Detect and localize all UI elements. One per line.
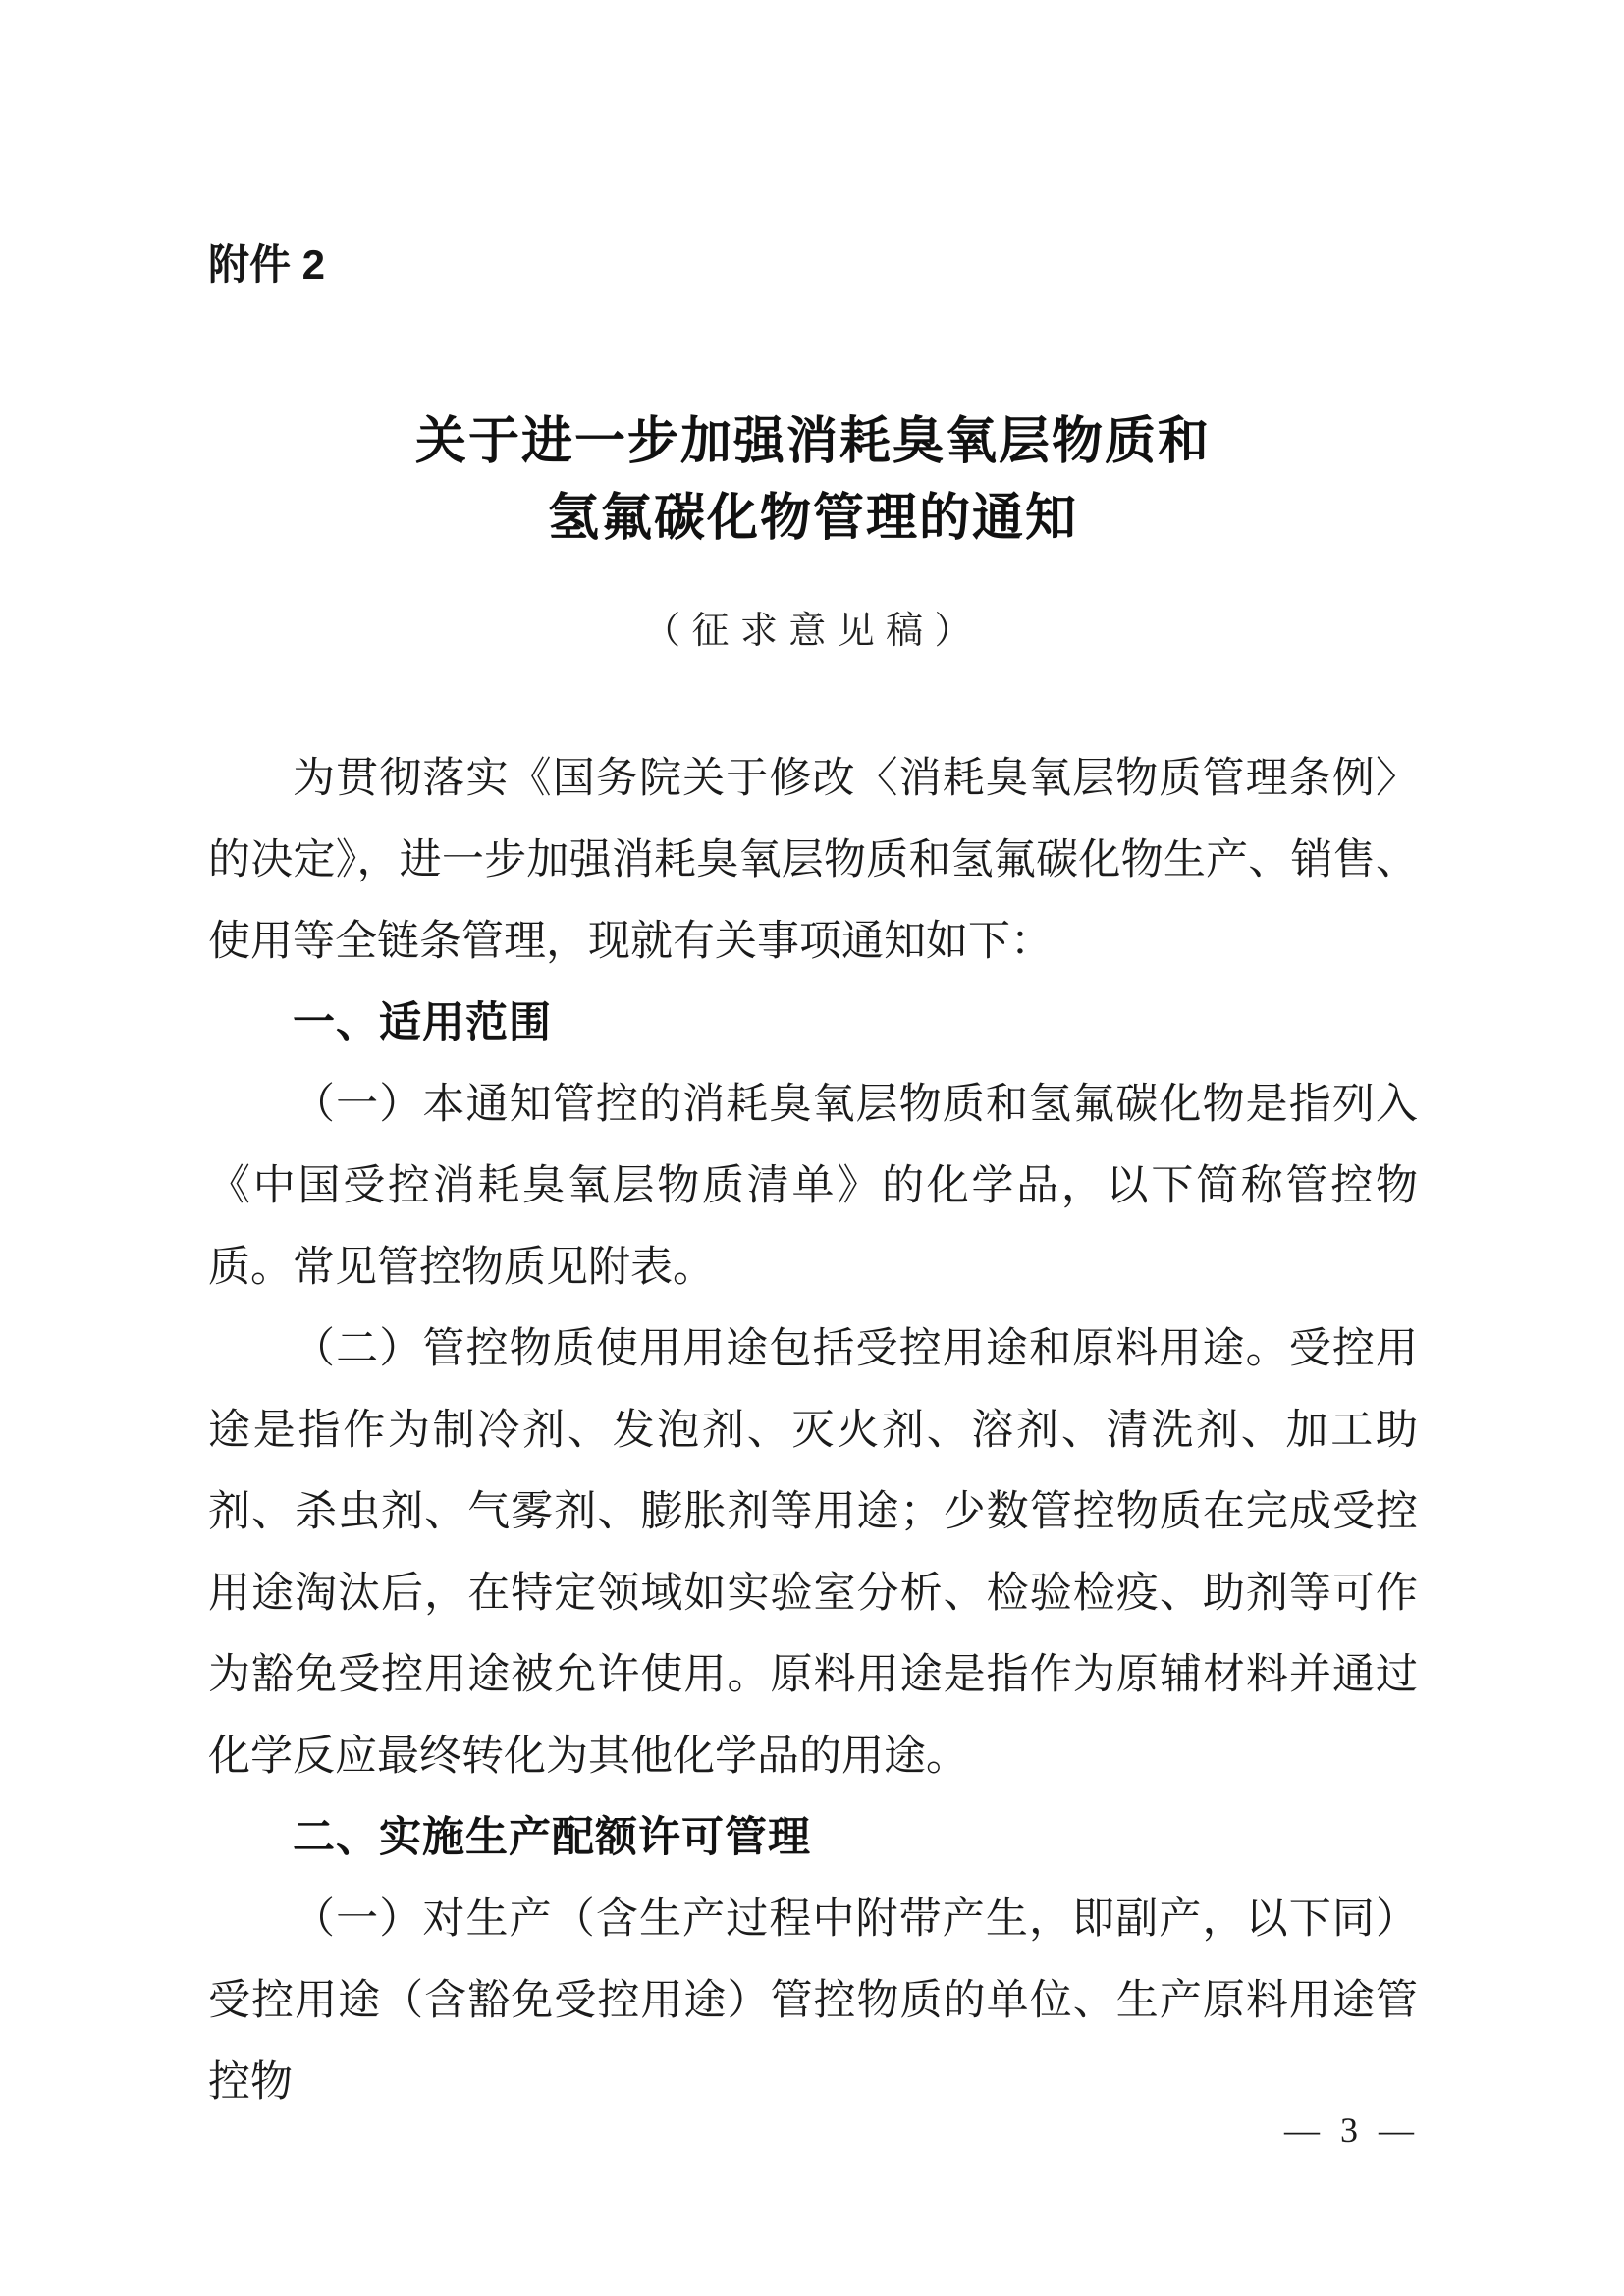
paragraph-scope-2: （二）管控物质使用用途包括受控用途和原料用途。受控用途是指作为制冷剂、发泡剂、灭…: [208, 1308, 1418, 1797]
paragraph-intro: 为贯彻落实《国务院关于修改〈消耗臭氧层物质管理条例〉的决定》，进一步加强消耗臭氧…: [208, 738, 1418, 983]
attachment-label: 附件 2: [208, 240, 1418, 290]
paragraph-quota-1: （一）对生产（含生产过程中附带产生，即副产，以下同）受控用途（含豁免受控用途）管…: [208, 1879, 1418, 2123]
document-body: 为贯彻落实《国务院关于修改〈消耗臭氧层物质管理条例〉的决定》，进一步加强消耗臭氧…: [208, 738, 1418, 2123]
document-title: 关于进一步加强消耗臭氧层物质和 氢氟碳化物管理的通知: [208, 403, 1418, 557]
document-subtitle: （征求意见稿）: [208, 608, 1418, 655]
section-heading-1: 一、适用范围: [208, 983, 1418, 1064]
page-number: — 3 —: [1284, 2109, 1420, 2152]
paragraph-scope-1: （一）本通知管控的消耗臭氧层物质和氢氟碳化物是指列入《中国受控消耗臭氧层物质清单…: [208, 1064, 1418, 1308]
document-page: 附件 2 关于进一步加强消耗臭氧层物质和 氢氟碳化物管理的通知 （征求意见稿） …: [0, 0, 1624, 2296]
document-title-line-1: 关于进一步加强消耗臭氧层物质和: [208, 403, 1418, 480]
document-title-line-2: 氢氟碳化物管理的通知: [208, 480, 1418, 557]
section-heading-2: 二、实施生产配额许可管理: [208, 1797, 1418, 1879]
